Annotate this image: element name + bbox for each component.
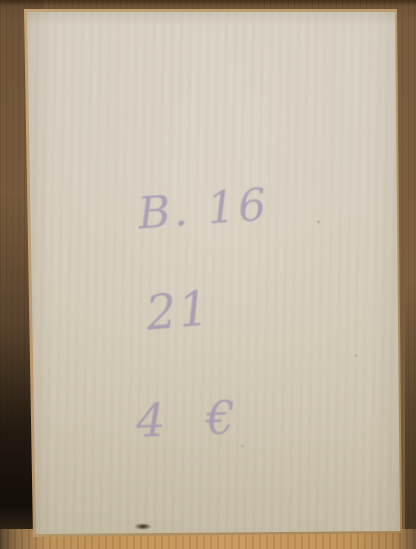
paper-speck — [354, 354, 358, 357]
photograph-of-card-on-wood: B. 16 21 4 € — [0, 0, 416, 549]
handwritten-annotation-middle: 21 — [144, 280, 214, 341]
paper-card-shading — [0, 0, 416, 549]
wood-surface-top-shadow — [0, 0, 416, 6]
paper-speck — [316, 220, 321, 224]
wood-surface-right-shadow — [405, 280, 416, 540]
handwritten-annotation-bottom: 4 € — [135, 390, 242, 448]
handwritten-annotation-top: B. 16 — [136, 179, 271, 239]
paper-speck — [240, 444, 245, 448]
dark-blemish-bottom-edge — [134, 523, 152, 530]
